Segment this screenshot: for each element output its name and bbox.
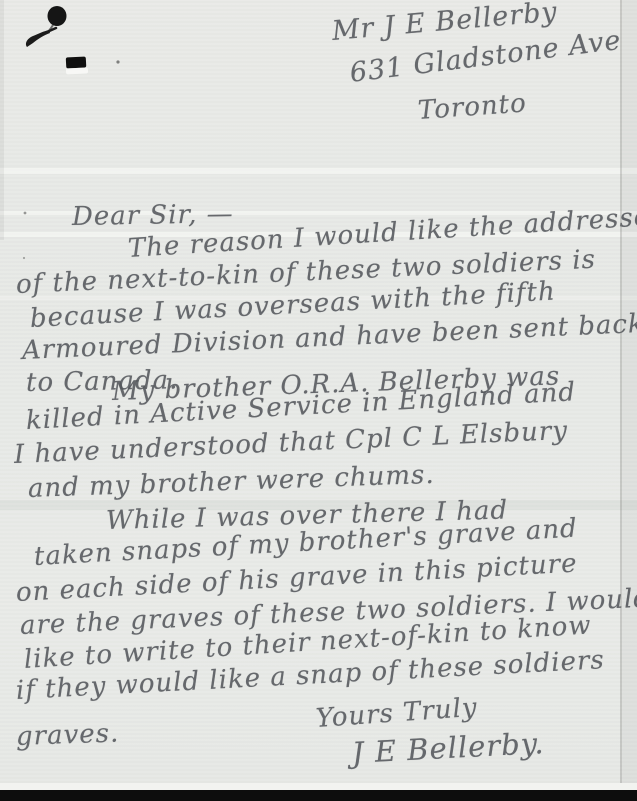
letterhead-city: Toronto [417, 88, 528, 126]
letter-scan-page: Mr J E Bellerby 631 Gladstone Ave Toront… [0, 0, 637, 801]
salutation: Dear Sir, — [72, 199, 234, 232]
ink-speck-icon [24, 212, 27, 215]
paper-right-edge-shade [622, 0, 637, 790]
body-line: graves. [15, 718, 119, 752]
ink-rectangle-blot-icon [66, 56, 87, 68]
ink-speck-icon [23, 257, 25, 259]
ink-blot-icon [48, 6, 67, 26]
paper-highlight [66, 67, 88, 74]
scanner-bar [0, 790, 637, 801]
signature: J E Bellerby. [351, 726, 545, 770]
valediction: Yours Truly [315, 693, 479, 734]
ink-dot-icon [116, 60, 119, 63]
paper-bottom-edge [0, 783, 637, 790]
